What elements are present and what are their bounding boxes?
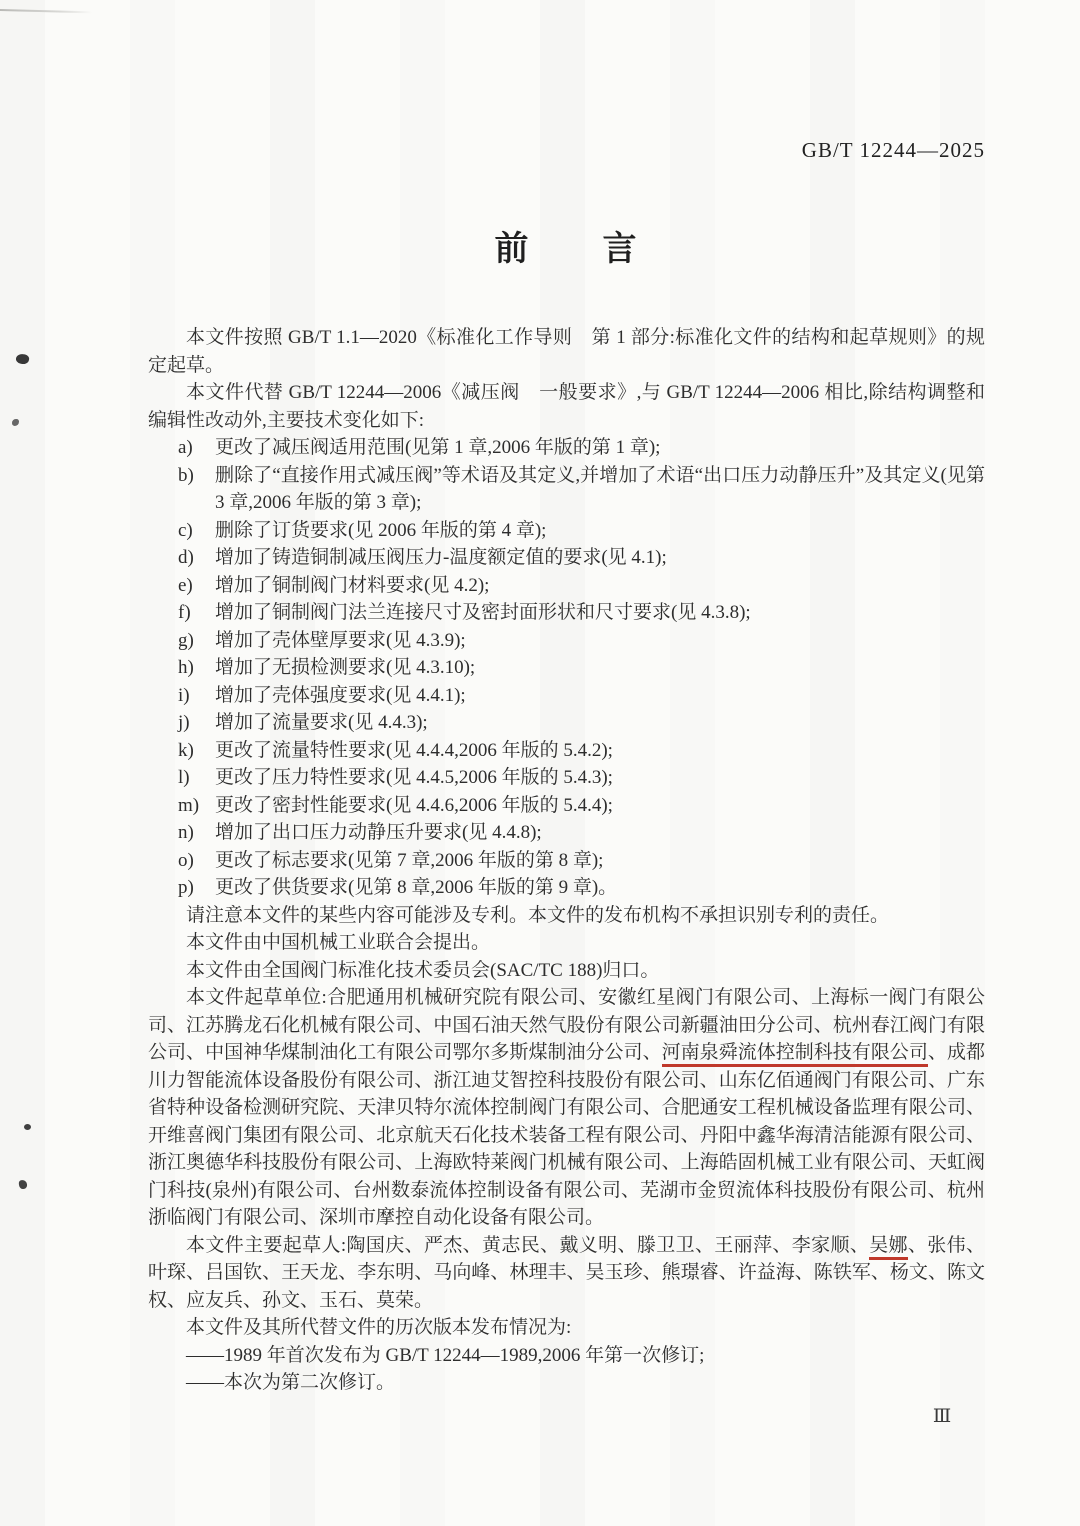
foreword-paragraph-drafting-rules: 本文件按照 GB/T 1.1—2020《标准化工作导则 第 1 部分:标准化文件…: [148, 324, 985, 379]
change-item-label: l): [178, 764, 215, 792]
change-item-text: 更改了流量特性要求(见 4.4.4,2006 年版的 5.4.2);: [215, 737, 985, 765]
change-item-text: 增加了壳体壁厚要求(见 4.3.9);: [215, 627, 985, 655]
change-item: b)删除了“直接作用式减压阀”等术语及其定义,并增加了术语“出口压力动静压升”及…: [148, 462, 985, 517]
change-item-label: g): [178, 627, 215, 655]
change-item: c)删除了订货要求(见 2006 年版的第 4 章);: [148, 517, 985, 545]
change-item-text: 更改了压力特性要求(见 4.4.5,2006 年版的 5.4.3);: [215, 764, 985, 792]
change-item-label: c): [178, 517, 215, 545]
change-item-text: 删除了“直接作用式减压阀”等术语及其定义,并增加了术语“出口压力动静压升”及其定…: [215, 462, 985, 517]
highlighted-company-name: 河南泉舜流体控制科技有限公司: [662, 1042, 928, 1067]
foreword-paragraph-proposed-by: 本文件由中国机械工业联合会提出。: [148, 929, 985, 957]
change-item-text: 更改了密封性能要求(见 4.4.6,2006 年版的 5.4.4);: [215, 792, 985, 820]
change-item: g)增加了壳体壁厚要求(见 4.3.9);: [148, 627, 985, 655]
drafting-units-text: 、成都川力智能流体设备股份有限公司、浙江迪艾智控科技股份有限公司、山东亿佰通阀门…: [148, 1042, 985, 1228]
change-item: i)增加了壳体强度要求(见 4.4.1);: [148, 682, 985, 710]
change-item-text: 增加了出口压力动静压升要求(见 4.4.8);: [215, 819, 985, 847]
foreword-body: 本文件按照 GB/T 1.1—2020《标准化工作导则 第 1 部分:标准化文件…: [148, 324, 985, 1397]
document-page: GB/T 12244—2025 前 言 本文件按照 GB/T 1.1—2020《…: [0, 0, 1080, 1526]
foreword-paragraph-patent: 请注意本文件的某些内容可能涉及专利。本文件的发布机构不承担识别专利的责任。: [148, 902, 985, 930]
highlighted-drafter-name: 吴娜: [869, 1235, 908, 1260]
history-item: ——1989 年首次发布为 GB/T 12244—1989,2006 年第一次修…: [148, 1342, 985, 1370]
page-content: GB/T 12244—2025 前 言 本文件按照 GB/T 1.1—2020《…: [148, 0, 985, 1397]
change-item-text: 增加了流量要求(见 4.4.3);: [215, 709, 985, 737]
change-item-text: 更改了标志要求(见第 7 章,2006 年版的第 8 章);: [215, 847, 985, 875]
standard-code: GB/T 12244—2025: [148, 138, 985, 163]
scan-artifact-blob: [18, 1179, 27, 1189]
foreword-paragraph-replacement: 本文件代替 GB/T 12244—2006《减压阀 一般要求》,与 GB/T 1…: [148, 379, 985, 434]
foreword-paragraph-drafters: 本文件主要起草人:陶国庆、严杰、黄志民、戴义明、滕卫卫、王丽萍、李家顺、吴娜、张…: [148, 1232, 985, 1315]
change-item-label: k): [178, 737, 215, 765]
change-item: o)更改了标志要求(见第 7 章,2006 年版的第 8 章);: [148, 847, 985, 875]
change-item-text: 删除了订货要求(见 2006 年版的第 4 章);: [215, 517, 985, 545]
change-item-label: b): [178, 462, 215, 517]
drafters-text: 本文件主要起草人:陶国庆、严杰、黄志民、戴义明、滕卫卫、王丽萍、李家顺、: [186, 1235, 869, 1256]
scan-artifact-blob: [15, 353, 30, 366]
change-item-label: f): [178, 599, 215, 627]
change-item: e)增加了铜制阀门材料要求(见 4.2);: [148, 572, 985, 600]
change-item-label: i): [178, 682, 215, 710]
change-item-text: 更改了供货要求(见第 8 章,2006 年版的第 9 章)。: [215, 874, 985, 902]
change-item: l)更改了压力特性要求(见 4.4.5,2006 年版的 5.4.3);: [148, 764, 985, 792]
change-item-label: e): [178, 572, 215, 600]
change-item-label: p): [178, 874, 215, 902]
change-item-text: 增加了铜制阀门法兰连接尺寸及密封面形状和尺寸要求(见 4.3.8);: [215, 599, 985, 627]
change-item-text: 增加了铜制阀门材料要求(见 4.2);: [215, 572, 985, 600]
change-item-text: 增加了无损检测要求(见 4.3.10);: [215, 654, 985, 682]
history-item: ——本次为第二次修订。: [148, 1369, 985, 1397]
change-item: f)增加了铜制阀门法兰连接尺寸及密封面形状和尺寸要求(见 4.3.8);: [148, 599, 985, 627]
change-item-label: m): [178, 792, 215, 820]
change-item: h)增加了无损检测要求(见 4.3.10);: [148, 654, 985, 682]
scan-artifact-line: [0, 9, 92, 13]
change-item-label: d): [178, 544, 215, 572]
change-item-text: 更改了减压阀适用范围(见第 1 章,2006 年版的第 1 章);: [215, 434, 985, 462]
change-item-label: o): [178, 847, 215, 875]
change-item-label: a): [178, 434, 215, 462]
scan-artifact-blob: [24, 1124, 31, 1130]
change-item: j)增加了流量要求(见 4.4.3);: [148, 709, 985, 737]
change-item: p)更改了供货要求(见第 8 章,2006 年版的第 9 章)。: [148, 874, 985, 902]
changes-list: a)更改了减压阀适用范围(见第 1 章,2006 年版的第 1 章);b)删除了…: [148, 434, 985, 902]
scan-artifact-blob: [12, 419, 19, 426]
change-item: n)增加了出口压力动静压升要求(见 4.4.8);: [148, 819, 985, 847]
change-item: m)更改了密封性能要求(见 4.4.6,2006 年版的 5.4.4);: [148, 792, 985, 820]
foreword-paragraph-history-intro: 本文件及其所代替文件的历次版本发布情况为:: [148, 1314, 985, 1342]
page-title: 前 言: [148, 221, 985, 270]
change-item-label: n): [178, 819, 215, 847]
foreword-paragraph-centralized-by: 本文件由全国阀门标准化技术委员会(SAC/TC 188)归口。: [148, 957, 985, 985]
change-item: k)更改了流量特性要求(见 4.4.4,2006 年版的 5.4.2);: [148, 737, 985, 765]
change-item-label: j): [178, 709, 215, 737]
change-item: a)更改了减压阀适用范围(见第 1 章,2006 年版的第 1 章);: [148, 434, 985, 462]
foreword-paragraph-drafting-units: 本文件起草单位:合肥通用机械研究院有限公司、安徽红星阀门有限公司、上海标一阀门有…: [148, 984, 985, 1232]
page-number: Ⅲ: [902, 1405, 982, 1428]
change-item-text: 增加了铸造铜制减压阀压力-温度额定值的要求(见 4.1);: [215, 544, 985, 572]
change-item-text: 增加了壳体强度要求(见 4.4.1);: [215, 682, 985, 710]
change-item-label: h): [178, 654, 215, 682]
change-item: d)增加了铸造铜制减压阀压力-温度额定值的要求(见 4.1);: [148, 544, 985, 572]
